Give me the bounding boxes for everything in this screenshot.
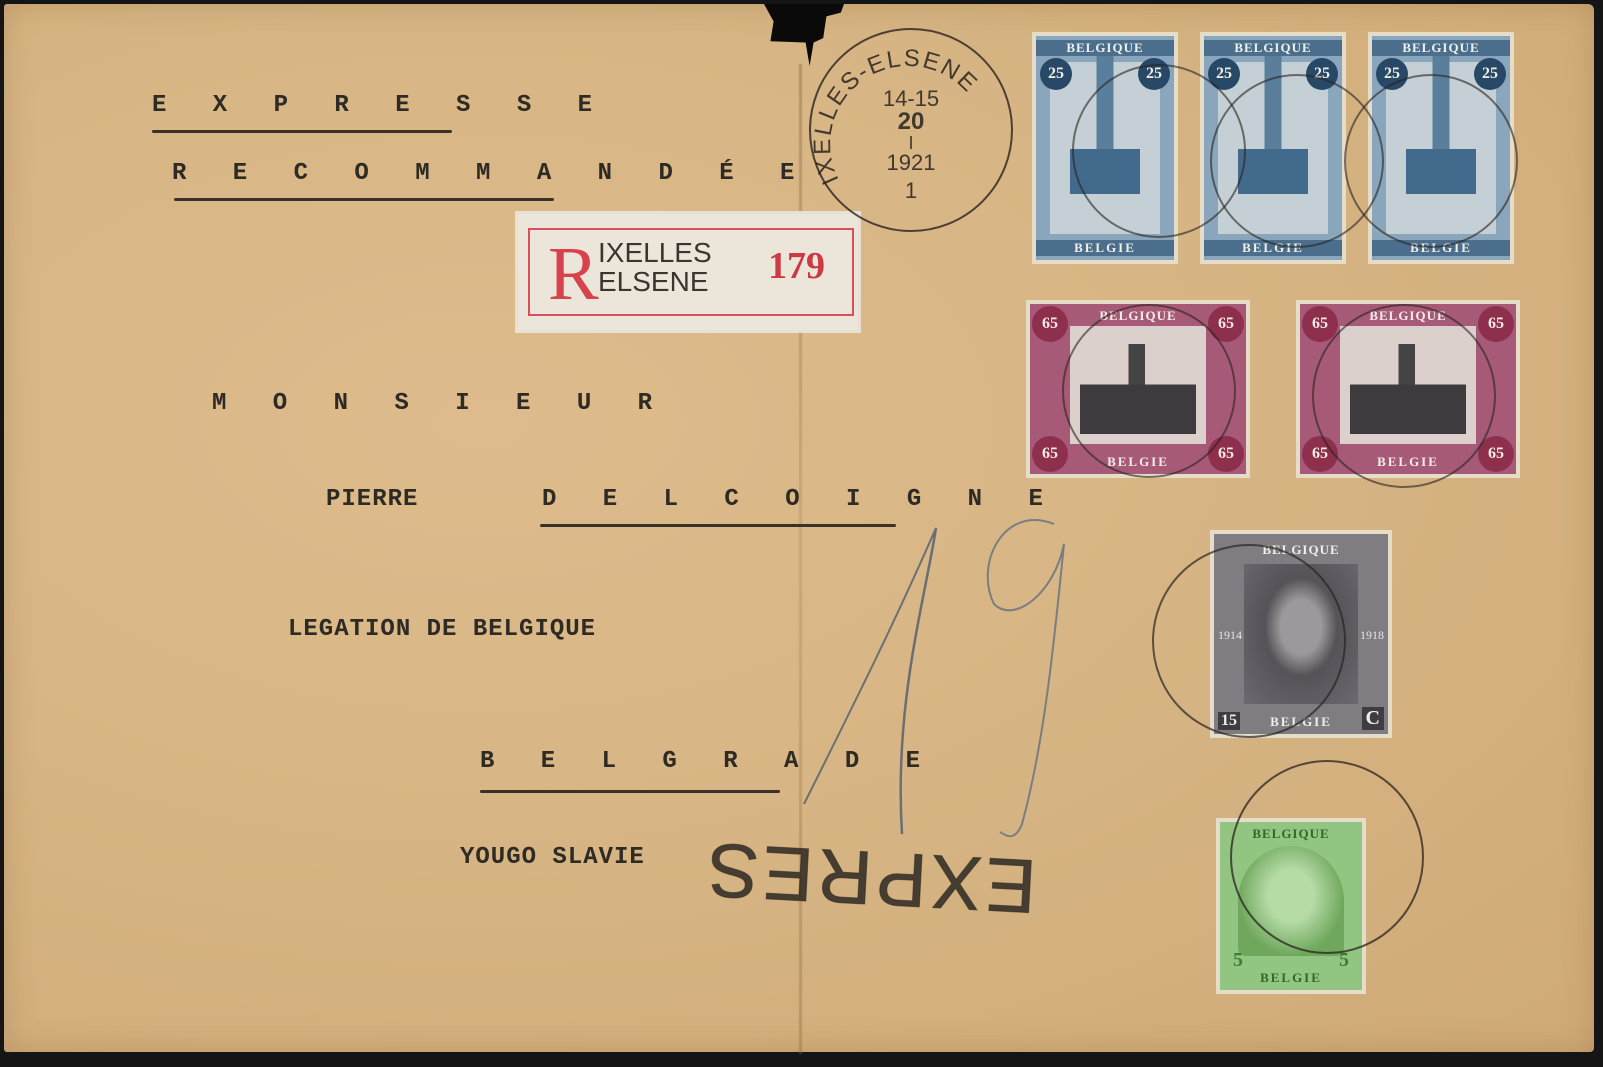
address-organisation: LEGATION DE BELGIQUE bbox=[288, 616, 596, 643]
address-salutation: M O N S I E U R bbox=[212, 390, 668, 417]
registration-number: 179 bbox=[768, 244, 825, 288]
address-first-name: PIERRE bbox=[326, 486, 418, 513]
postmark bbox=[1152, 544, 1346, 738]
express-handstamp: EXPRES bbox=[702, 825, 1038, 929]
envelope: E X P R E S S E R E C O M M A N D É E R … bbox=[4, 4, 1594, 1052]
registered-label: R E C O M M A N D É E bbox=[172, 160, 810, 187]
registration-office: IXELLES ELSENE bbox=[598, 238, 712, 297]
pencil-annotation bbox=[774, 504, 1094, 844]
address-country: YOUGO SLAVIE bbox=[460, 844, 645, 871]
postmark bbox=[1312, 304, 1496, 488]
postmark bbox=[1062, 304, 1236, 478]
registration-letter: R bbox=[548, 236, 599, 312]
postmark bbox=[1344, 74, 1518, 248]
underline bbox=[174, 198, 554, 201]
registration-label: R IXELLES ELSENE 179 bbox=[518, 214, 858, 330]
underline bbox=[152, 130, 452, 133]
postmark bbox=[1230, 760, 1424, 954]
postmark: IXELLES-ELSENE 14-15 20 I 1921 1 bbox=[809, 28, 1013, 232]
underline bbox=[480, 790, 780, 793]
express-label: E X P R E S S E bbox=[152, 92, 608, 119]
